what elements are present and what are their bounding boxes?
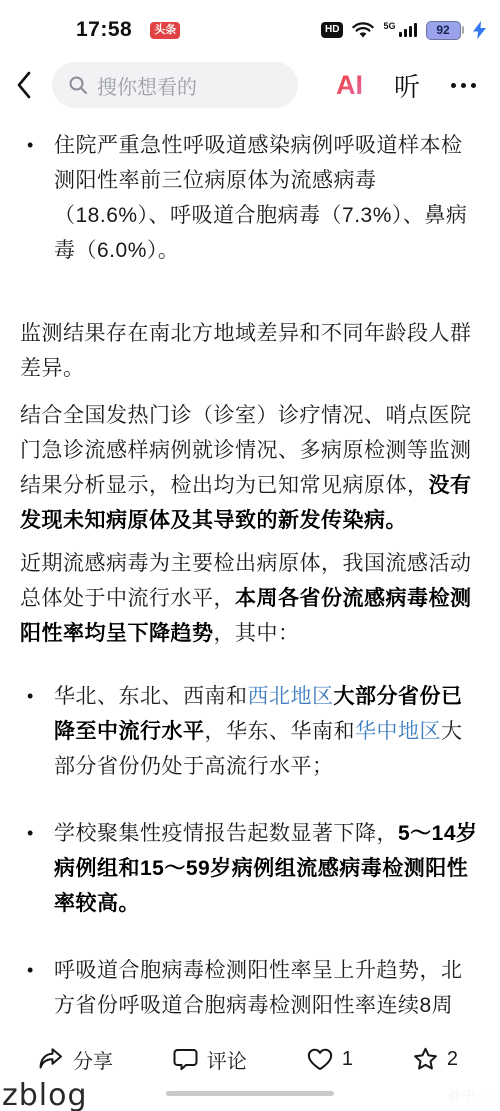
inline-topic-link[interactable]: 西北地区 xyxy=(248,685,334,708)
hd-voice-icon: HD xyxy=(321,22,343,38)
text-run: 住院严重急性呼吸道感染病例呼吸道样本检测阳性率前三位病原体为流感病毒（18.6%… xyxy=(54,134,467,262)
block-text: 呼吸道合胞病毒检测阳性率呈上升趋势，北方省份呼吸道合胞病毒检测阳性率连续8周 xyxy=(54,953,480,1023)
comment-bubble-icon xyxy=(173,1048,198,1071)
like-count: 1 xyxy=(342,1048,353,1071)
paragraph: 近期流感病毒为主要检出病原体，我国流感活动总体处于中流行水平，本周各省份流感病毒… xyxy=(20,546,480,651)
favorite-button[interactable]: 2 xyxy=(413,1047,458,1071)
battery-percent: 92 xyxy=(436,23,449,37)
bullet-marker: • xyxy=(20,816,54,921)
listen-aloud-button[interactable]: 听 xyxy=(394,67,420,104)
comment-button[interactable]: 评论 xyxy=(173,1045,247,1074)
search-icon xyxy=(68,75,88,95)
text-run: 呼吸道合胞病毒检测阳性率呈上升趋势，北方省份呼吸道合胞病毒检测阳性率连续8周 xyxy=(54,959,463,1017)
page-watermark: @中··· xyxy=(448,1085,492,1104)
share-arrow-icon xyxy=(38,1047,64,1071)
bullet-item: •华北、东北、西南和西北地区大部分省份已降至中流行水平，华东、华南和华中地区大部… xyxy=(20,679,480,784)
cellular-5g-signal-icon: 5G xyxy=(383,23,416,37)
text-run: 华北、东北、西南和 xyxy=(54,685,248,708)
paragraph: 监测结果存在南北方地域差异和不同年龄段人群差异。 xyxy=(20,316,480,386)
block-text: 监测结果存在南北方地域差异和不同年龄段人群差异。 xyxy=(20,322,472,380)
bullet-item: •住院严重急性呼吸道感染病例呼吸道样本检测阳性率前三位病原体为流感病毒（18.6… xyxy=(20,128,480,268)
toutiao-app-badge: 头条 xyxy=(150,22,180,39)
status-icons: HD 5G 92 xyxy=(321,21,486,40)
more-options-button[interactable] xyxy=(451,83,476,88)
charging-bolt-icon xyxy=(473,21,486,39)
status-bar: 17:58 头条 HD 5G 92 xyxy=(0,0,500,54)
text-run: ，其中： xyxy=(214,622,300,645)
back-button[interactable] xyxy=(16,71,44,99)
footer-strip: zblog @中··· xyxy=(0,1081,500,1111)
article-body: •住院严重急性呼吸道感染病例呼吸道样本检测阳性率前三位病原体为流感病毒（18.6… xyxy=(0,116,500,1037)
text-run: 学校聚集性疫情报告起数显著下降， xyxy=(54,822,398,845)
text-run: ，华东、华南和 xyxy=(205,720,356,743)
text-run: 监测结果存在南北方地域差异和不同年龄段人群差异。 xyxy=(20,322,472,380)
search-placeholder: 搜你想看的 xyxy=(97,71,197,100)
text-run: 结合全国发热门诊（诊室）诊疗情况、哨点医院门急诊流感样病例就诊情况、多病原检测等… xyxy=(20,404,472,497)
bottom-action-bar: 分享 评论 1 2 xyxy=(0,1037,500,1081)
bullet-marker: • xyxy=(20,128,54,268)
ai-assistant-button[interactable]: AI xyxy=(336,70,363,101)
bullet-item: •呼吸道合胞病毒检测阳性率呈上升趋势，北方省份呼吸道合胞病毒检测阳性率连续8周 xyxy=(20,953,480,1023)
paragraph: 结合全国发热门诊（诊室）诊疗情况、哨点医院门急诊流感样病例就诊情况、多病原检测等… xyxy=(20,398,480,538)
block-text: 华北、东北、西南和西北地区大部分省份已降至中流行水平，华东、华南和华中地区大部分… xyxy=(54,679,480,784)
bullet-marker: • xyxy=(20,953,54,1023)
inline-topic-link[interactable]: 华中地区 xyxy=(355,720,441,743)
share-label: 分享 xyxy=(73,1045,113,1074)
comment-label: 评论 xyxy=(207,1045,247,1074)
heart-icon xyxy=(307,1048,333,1071)
app-screen: 17:58 头条 HD 5G 92 xyxy=(0,0,500,1111)
star-icon xyxy=(413,1047,438,1071)
bullet-marker: • xyxy=(20,679,54,784)
wifi-icon xyxy=(352,22,374,39)
home-indicator[interactable] xyxy=(166,1091,334,1096)
favorite-count: 2 xyxy=(447,1048,458,1071)
search-input[interactable]: 搜你想看的 xyxy=(52,62,298,108)
like-button[interactable]: 1 xyxy=(307,1048,353,1071)
block-text: 近期流感病毒为主要检出病原体，我国流感活动总体处于中流行水平，本周各省份流感病毒… xyxy=(20,552,472,645)
block-text: 学校聚集性疫情报告起数显著下降，5～14岁病例组和15～59岁病例组流感病毒检测… xyxy=(54,816,480,921)
chevron-left-icon xyxy=(16,71,32,99)
block-text: 结合全国发热门诊（诊室）诊疗情况、哨点医院门急诊流感样病例就诊情况、多病原检测等… xyxy=(20,404,472,532)
battery-indicator: 92 xyxy=(426,21,465,40)
bullet-item: •学校聚集性疫情报告起数显著下降，5～14岁病例组和15～59岁病例组流感病毒检… xyxy=(20,816,480,921)
header-bar: 搜你想看的 AI 听 xyxy=(0,54,500,116)
clock: 17:58 xyxy=(76,18,132,42)
block-text: 住院严重急性呼吸道感染病例呼吸道样本检测阳性率前三位病原体为流感病毒（18.6%… xyxy=(54,128,480,268)
share-button[interactable]: 分享 xyxy=(38,1045,113,1074)
site-watermark: zblog xyxy=(2,1078,88,1111)
